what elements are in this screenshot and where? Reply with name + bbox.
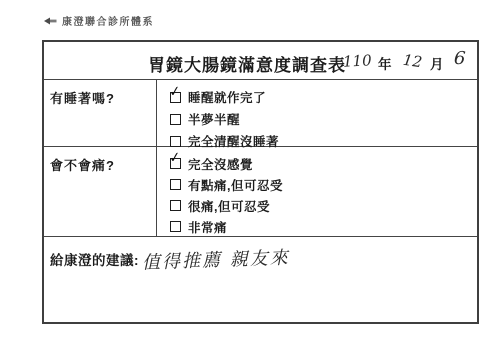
option-row: ✓ 完全沒感覺 — [170, 153, 477, 174]
option-label: 半夢半醒 — [188, 110, 240, 128]
checkbox-icon[interactable]: ✓ — [170, 179, 181, 190]
option-label: 很痛,但可忍受 — [188, 197, 270, 215]
survey-form-table: 胃鏡大腸鏡滿意度調查表 110 年 12 月 6 有睡著嗎? ✓ 睡醒就作完了 … — [42, 40, 479, 324]
clinic-logo-text: 康澄聯合診所體系 — [62, 13, 154, 28]
date-year-label: 年 — [378, 53, 392, 73]
question-label-cell: 會不會痛? — [44, 147, 157, 236]
question-options: ✓ 完全沒感覺 ✓ 有點痛,但可忍受 ✓ 很痛,但可忍受 ✓ 非常痛 — [157, 147, 477, 236]
option-row: ✓ 非常痛 — [170, 216, 477, 237]
option-row: ✓ 睡醒就作完了 — [170, 86, 477, 108]
suggestion-handwritten-text: 值得推薦 親友來 — [142, 243, 291, 274]
check-icon: ✓ — [168, 149, 182, 164]
checkbox-icon[interactable]: ✓ — [170, 158, 181, 169]
date-month-value: 12 — [402, 51, 423, 71]
question-options: ✓ 睡醒就作完了 ✓ 半夢半醒 ✓ 完全清醒沒睡著 — [157, 80, 477, 146]
option-label: 睡醒就作完了 — [188, 88, 266, 106]
checkbox-icon[interactable]: ✓ — [170, 92, 181, 103]
title-row: 胃鏡大腸鏡滿意度調查表 110 年 12 月 6 — [44, 42, 477, 80]
date-month-label: 月 — [430, 53, 444, 73]
clinic-logo: 康澄聯合診所體系 — [44, 13, 154, 28]
option-row: ✓ 有點痛,但可忍受 — [170, 174, 477, 195]
option-label: 非常痛 — [188, 218, 227, 236]
check-icon: ✓ — [168, 83, 182, 98]
option-label: 有點痛,但可忍受 — [188, 176, 283, 194]
question-row-pain: 會不會痛? ✓ 完全沒感覺 ✓ 有點痛,但可忍受 ✓ 很痛,但可忍受 ✓ 非常痛 — [44, 147, 477, 237]
checkbox-icon[interactable]: ✓ — [170, 136, 181, 147]
checkbox-icon[interactable]: ✓ — [170, 114, 181, 125]
option-label: 完全沒感覺 — [188, 155, 253, 173]
suggestion-row: 給康澄的建議: 值得推薦 親友來 — [44, 237, 477, 322]
checkbox-icon[interactable]: ✓ — [170, 200, 181, 211]
arrow-left-icon — [44, 17, 57, 25]
question-label-cell: 有睡著嗎? — [44, 80, 157, 146]
checkbox-icon[interactable]: ✓ — [170, 221, 181, 232]
question-label: 會不會痛? — [50, 158, 115, 173]
form-title: 胃鏡大腸鏡滿意度調查表 — [148, 51, 346, 76]
option-row: ✓ 很痛,但可忍受 — [170, 195, 477, 216]
question-label: 有睡著嗎? — [50, 91, 115, 106]
suggestion-label: 給康澄的建議: — [50, 246, 139, 269]
date-year-value: 110 — [343, 51, 373, 70]
question-row-sleep: 有睡著嗎? ✓ 睡醒就作完了 ✓ 半夢半醒 ✓ 完全清醒沒睡著 — [44, 80, 477, 147]
date-day-value: 6 — [453, 48, 466, 70]
option-row: ✓ 半夢半醒 — [170, 108, 477, 130]
